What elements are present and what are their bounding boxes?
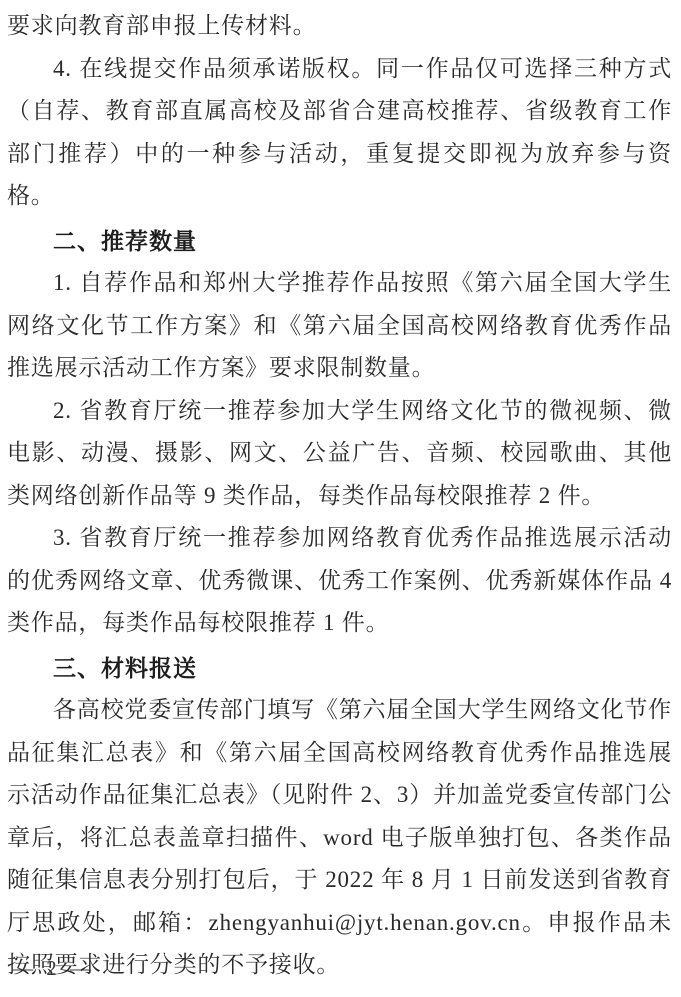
paragraph: 2. 省教育厅统一推荐参加大学生网络文化节的微视频、微电影、动漫、摄影、网文、公…: [7, 390, 672, 518]
paragraph: 4. 在线提交作品须承诺版权。同一作品仅可选择三种方式（自荐、教育部直属高校及部…: [7, 48, 672, 218]
paragraph: 3. 省教育厅统一推荐参加网络教育优秀作品推选展示活动的优秀网络文章、优秀微课、…: [7, 517, 672, 645]
document-page: 要求向教育部申报上传材料。4. 在线提交作品须承诺版权。同一作品仅可选择三种方式…: [0, 0, 681, 997]
paragraph: 1. 自荐作品和郑州大学推荐作品按照《第六届全国大学生网络文化节工作方案》和《第…: [7, 262, 672, 390]
page-number: — 2 —: [12, 956, 95, 981]
section-heading: 二、推荐数量: [7, 220, 672, 263]
document-body: 要求向教育部申报上传材料。4. 在线提交作品须承诺版权。同一作品仅可选择三种方式…: [7, 5, 672, 987]
section-heading: 三、材料报送: [7, 647, 672, 690]
paragraph: 各高校党委宣传部门填写《第六届全国大学生网络文化节作品征集汇总表》和《第六届全国…: [7, 689, 672, 987]
paragraph: 要求向教育部申报上传材料。: [7, 5, 672, 48]
